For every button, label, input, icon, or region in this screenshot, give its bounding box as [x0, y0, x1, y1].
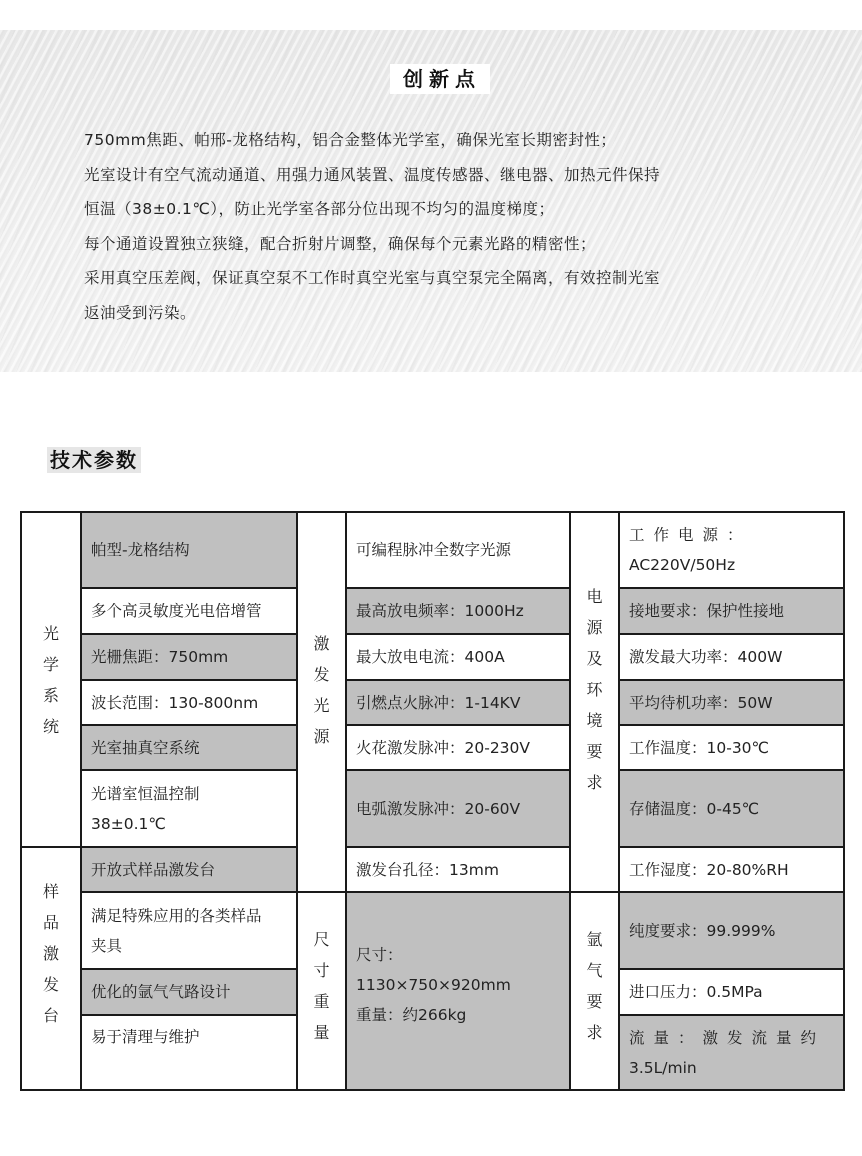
spec-cell: 帕型-龙格结构	[81, 512, 297, 588]
category-char: 样	[22, 876, 80, 907]
spec-cell: 光栅焦距：750mm	[81, 634, 297, 680]
category-char: 激	[298, 628, 345, 659]
spec-line: 夹具	[91, 931, 287, 961]
innovation-line: 采用真空压差阀，保证真空泵不工作时真空光室与真空泵完全隔离，有效控制光室	[84, 261, 804, 296]
spec-cell: 激发最大功率：400W	[619, 634, 844, 680]
table-row: 光谱室恒温控制 38±0.1℃ 电弧激发脉冲：20-60V 存储温度：0-45℃	[21, 770, 844, 847]
category-char: 发	[22, 969, 80, 1000]
category-char: 源	[298, 721, 345, 752]
spec-line: 流量：激发流量约	[629, 1023, 834, 1053]
spec-cell: 激发台孔径：13mm	[346, 847, 570, 892]
spec-cell: 易于清理与维护	[81, 1015, 297, 1090]
innovation-line: 光室设计有空气流动通道、用强力通风装置、温度传感器、继电器、加热元件保持	[84, 158, 804, 193]
innovation-line: 恒温（38±0.1℃），防止光学室各部分位出现不均匀的温度梯度；	[84, 192, 804, 227]
spec-cell: 工作温度：10-30℃	[619, 725, 844, 770]
innovation-line: 每个通道设置独立狭缝，配合折射片调整，确保每个元素光路的精密性；	[84, 227, 804, 262]
table-row: 样 品 激 发 台 开放式样品激发台 激发台孔径：13mm 工作湿度：20-80…	[21, 847, 844, 892]
category-char: 激	[22, 938, 80, 969]
spec-line: 1130×750×920mm	[356, 970, 560, 1000]
spec-cell-flow: 流量：激发流量约 3.5L/min	[619, 1015, 844, 1090]
spec-line: 尺寸：	[356, 940, 560, 970]
category-power-env: 电 源 及 环 境 要 求	[570, 512, 619, 892]
category-char: 氩	[571, 924, 618, 955]
spec-cell-temp-control: 光谱室恒温控制 38±0.1℃	[81, 770, 297, 847]
spec-line: 工作电源：	[629, 520, 834, 550]
spec-cell: 最高放电频率：1000Hz	[346, 588, 570, 634]
spec-cell: 引燃点火脉冲：1-14KV	[346, 680, 570, 725]
spec-line: AC220V/50Hz	[629, 550, 834, 580]
category-char: 发	[298, 659, 345, 690]
category-char: 境	[571, 705, 618, 736]
spec-cell-fixtures: 满足特殊应用的各类样品 夹具	[81, 892, 297, 969]
spec-cell: 可编程脉冲全数字光源	[346, 512, 570, 588]
table-row: 光 学 系 统 帕型-龙格结构 激 发 光 源 可编程脉冲全数字光源 电	[21, 512, 844, 588]
category-char: 台	[22, 1000, 80, 1031]
innovation-line: 返油受到污染。	[84, 296, 804, 331]
spec-cell: 存储温度：0-45℃	[619, 770, 844, 847]
category-sample-stand: 样 品 激 发 台	[21, 847, 81, 1090]
spec-cell: 火花激发脉冲：20-230V	[346, 725, 570, 770]
category-size-weight: 尺 寸 重 量	[297, 892, 346, 1090]
spec-cell: 电弧激发脉冲：20-60V	[346, 770, 570, 847]
spec-cell-size-weight: 尺寸： 1130×750×920mm 重量：约266kg	[346, 892, 570, 1090]
innovation-title: 创新点	[390, 64, 490, 94]
spec-line: 光谱室恒温控制	[91, 779, 287, 809]
category-char: 尺	[298, 924, 345, 955]
table-row: 多个高灵敏度光电倍增管 最高放电频率：1000Hz 接地要求：保护性接地	[21, 588, 844, 634]
innovation-line: 750mm焦距、帕邢-龙格结构，铝合金整体光学室，确保光室长期密封性；	[84, 123, 804, 158]
category-char: 品	[22, 907, 80, 938]
category-char: 求	[571, 1017, 618, 1048]
category-char: 系	[22, 680, 80, 711]
category-char: 源	[571, 612, 618, 643]
spec-cell: 最大放电电流：400A	[346, 634, 570, 680]
innovation-section: 创新点 750mm焦距、帕邢-龙格结构，铝合金整体光学室，确保光室长期密封性； …	[0, 30, 862, 372]
table-row: 满足特殊应用的各类样品 夹具 尺 寸 重 量 尺寸： 1130×750×920m…	[21, 892, 844, 969]
category-char: 环	[571, 674, 618, 705]
innovation-body: 750mm焦距、帕邢-龙格结构，铝合金整体光学室，确保光室长期密封性； 光室设计…	[84, 123, 804, 330]
spec-cell: 光室抽真空系统	[81, 725, 297, 770]
category-char: 统	[22, 711, 80, 742]
spec-cell: 优化的氩气气路设计	[81, 969, 297, 1015]
category-char: 寸	[298, 955, 345, 986]
spec-cell-power-supply: 工作电源： AC220V/50Hz	[619, 512, 844, 588]
spec-cell: 波长范围：130-800nm	[81, 680, 297, 725]
spec-cell: 开放式样品激发台	[81, 847, 297, 892]
category-char: 学	[22, 649, 80, 680]
spec-cell: 平均待机功率：50W	[619, 680, 844, 725]
spec-cell: 纯度要求：99.999%	[619, 892, 844, 969]
spec-line: 38±0.1℃	[91, 809, 287, 839]
table-row: 光栅焦距：750mm 最大放电电流：400A 激发最大功率：400W	[21, 634, 844, 680]
category-argon: 氩 气 要 求	[570, 892, 619, 1090]
category-char: 量	[298, 1017, 345, 1048]
table-row: 光室抽真空系统 火花激发脉冲：20-230V 工作温度：10-30℃	[21, 725, 844, 770]
category-char: 重	[298, 986, 345, 1017]
specs-table: 光 学 系 统 帕型-龙格结构 激 发 光 源 可编程脉冲全数字光源 电	[20, 511, 845, 1091]
category-char: 要	[571, 736, 618, 767]
category-optical-system: 光 学 系 统	[21, 512, 81, 847]
spec-line: 3.5L/min	[629, 1053, 834, 1083]
spec-line: 重量：约266kg	[356, 1000, 560, 1030]
category-char: 电	[571, 581, 618, 612]
spec-cell: 接地要求：保护性接地	[619, 588, 844, 634]
specs-title: 技术参数	[47, 447, 141, 473]
spec-cell: 工作湿度：20-80%RH	[619, 847, 844, 892]
category-char: 要	[571, 986, 618, 1017]
table-row: 波长范围：130-800nm 引燃点火脉冲：1-14KV 平均待机功率：50W	[21, 680, 844, 725]
category-char: 及	[571, 643, 618, 674]
spec-cell: 多个高灵敏度光电倍增管	[81, 588, 297, 634]
category-excitation-source: 激 发 光 源	[297, 512, 346, 892]
category-char: 光	[22, 618, 80, 649]
category-char: 光	[298, 690, 345, 721]
category-char: 求	[571, 767, 618, 798]
spec-cell: 进口压力：0.5MPa	[619, 969, 844, 1015]
category-char: 气	[571, 955, 618, 986]
spec-line: 满足特殊应用的各类样品	[91, 901, 287, 931]
